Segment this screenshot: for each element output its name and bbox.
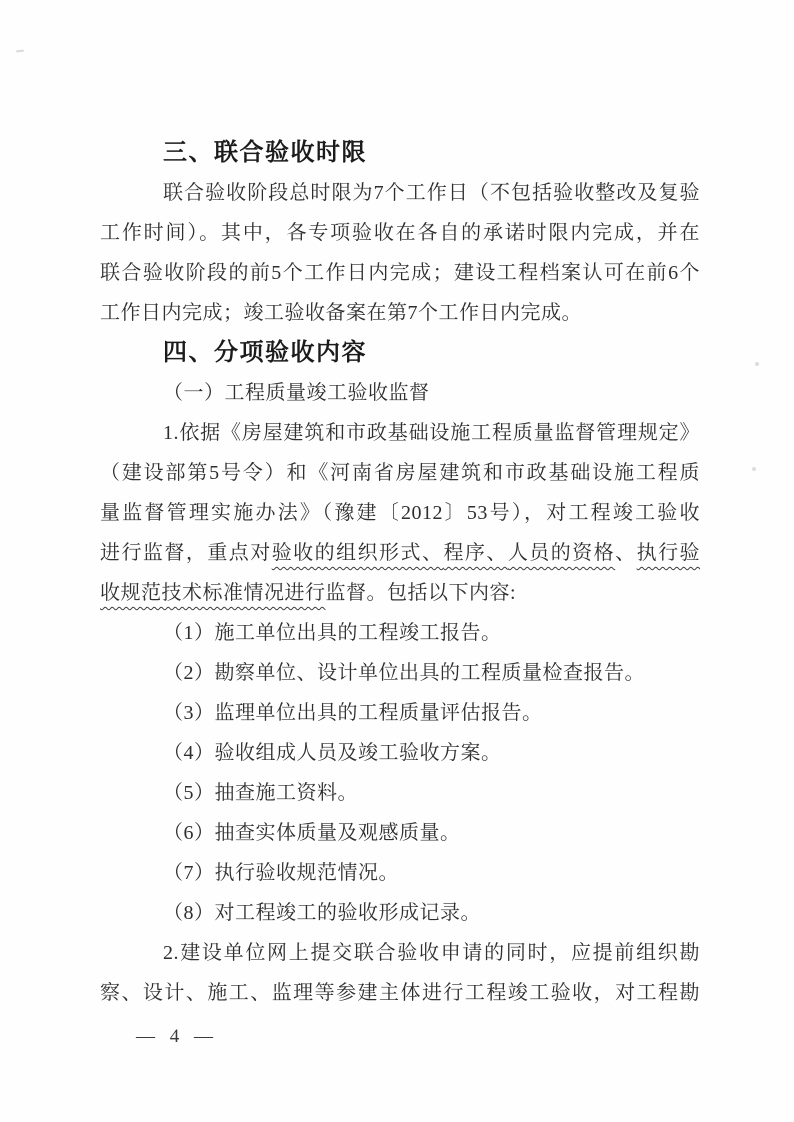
- text-line: 联合验收阶段的前5个工作日内完成；建设工程档案认可在前6个: [100, 253, 700, 293]
- document-lines: 三、联合验收时限联合验收阶段总时限为7个工作日（不包括验收整改及复验工作时间）。…: [100, 133, 700, 1013]
- text-segment: 联合验收阶段的前5个工作日内完成；建设工程档案认可在前6个: [100, 262, 700, 284]
- page-number: — 4 —: [136, 1026, 218, 1048]
- text-line: （3）监理单位出具的工程质量评估报告。: [100, 693, 700, 733]
- text-line: （2）勘察单位、设计单位出具的工程质量检查报告。: [100, 653, 700, 693]
- text-segment: （一）工程质量竣工验收监督: [163, 382, 430, 404]
- text-line: （一）工程质量竣工验收监督: [100, 373, 700, 413]
- text-segment: （5）抽查施工资料。: [163, 782, 358, 804]
- text-segment: 1.依据《房屋建筑和市政基础设施工程质量监督管理规定》: [163, 422, 700, 444]
- scan-speck: [16, 49, 24, 52]
- wavy-underline-annotation: 收规范技术标准情况进行: [100, 582, 326, 604]
- wavy-underline-annotation: 执行验: [637, 542, 700, 564]
- text-segment: （建设部第5号令）和《河南省房屋建筑和市政基础设施工程质: [100, 462, 700, 484]
- text-segment: 三、联合验收时限: [163, 139, 367, 166]
- text-line: （6）抽查实体质量及观感质量。: [100, 813, 700, 853]
- wavy-underline-annotation: 程序、: [443, 542, 507, 564]
- text-line: 量监督管理实施办法》（豫建〔2012〕53号），对工程竣工验收: [100, 493, 700, 533]
- text-segment: 联合验收阶段总时限为7个工作日（不包括验收整改及复验: [163, 182, 700, 204]
- text-segment: （3）监理单位出具的工程质量评估报告。: [163, 702, 543, 724]
- text-line: （5）抽查施工资料。: [100, 773, 700, 813]
- text-line: （7）执行验收规范情况。: [100, 853, 700, 893]
- text-segment: 工作时间）。其中，各专项验收在各自的承诺时限内完成，并在: [100, 222, 700, 244]
- text-segment: （8）对工程竣工的验收形成记录。: [163, 902, 481, 924]
- text-line: 1.依据《房屋建筑和市政基础设施工程质量监督管理规定》: [100, 413, 700, 453]
- wavy-underline-annotation: 验收的组织形式、: [272, 542, 444, 564]
- text-segment: （1）施工单位出具的工程竣工报告。: [163, 622, 502, 644]
- text-segment: （4）验收组成人员及竣工验收方案。: [163, 742, 502, 764]
- section-heading: 三、联合验收时限: [100, 133, 700, 173]
- section-heading: 四、分项验收内容: [100, 333, 700, 373]
- scanned-document-page: 三、联合验收时限联合验收阶段总时限为7个工作日（不包括验收整改及复验工作时间）。…: [0, 0, 794, 1122]
- text-segment: 监督。包括以下内容:: [326, 582, 517, 604]
- wavy-underline-annotation: 人员的资格: [508, 542, 615, 564]
- text-segment: （7）执行验收规范情况。: [163, 862, 399, 884]
- text-segment: 四、分项验收内容: [163, 339, 367, 366]
- text-line: 联合验收阶段总时限为7个工作日（不包括验收整改及复验: [100, 173, 700, 213]
- text-line: 收规范技术标准情况进行监督。包括以下内容:: [100, 573, 700, 613]
- text-line: （建设部第5号令）和《河南省房屋建筑和市政基础设施工程质: [100, 453, 700, 493]
- text-line: 2.建设单位网上提交联合验收申请的同时，应提前组织勘: [100, 933, 700, 973]
- text-segment: 察、设计、施工、监理等参建主体进行工程竣工验收，对工程勘: [100, 982, 700, 1004]
- text-line: 进行监督，重点对验收的组织形式、程序、人员的资格、执行验: [100, 533, 700, 573]
- text-segment: 进行监督，重点对: [100, 542, 272, 564]
- text-line: （1）施工单位出具的工程竣工报告。: [100, 613, 700, 653]
- text-line: 工作日内完成；竣工验收备案在第7个工作日内完成。: [100, 293, 700, 333]
- scan-speck: [752, 467, 756, 471]
- text-line: 察、设计、施工、监理等参建主体进行工程竣工验收，对工程勘: [100, 973, 700, 1013]
- scan-speck: [755, 362, 759, 366]
- text-segment: 量监督管理实施办法》（豫建〔2012〕53号），对工程竣工验收: [100, 502, 700, 524]
- text-line: 工作时间）。其中，各专项验收在各自的承诺时限内完成，并在: [100, 213, 700, 253]
- text-segment: （6）抽查实体质量及观感质量。: [163, 822, 461, 844]
- text-segment: （2）勘察单位、设计单位出具的工程质量检查报告。: [163, 662, 645, 684]
- text-segment: 2.建设单位网上提交联合验收申请的同时，应提前组织勘: [163, 942, 700, 964]
- text-segment: 工作日内完成；竣工验收备案在第7个工作日内完成。: [100, 302, 582, 324]
- text-line: （4）验收组成人员及竣工验收方案。: [100, 733, 700, 773]
- text-line: （8）对工程竣工的验收形成记录。: [100, 893, 700, 933]
- text-segment: 、: [615, 542, 636, 564]
